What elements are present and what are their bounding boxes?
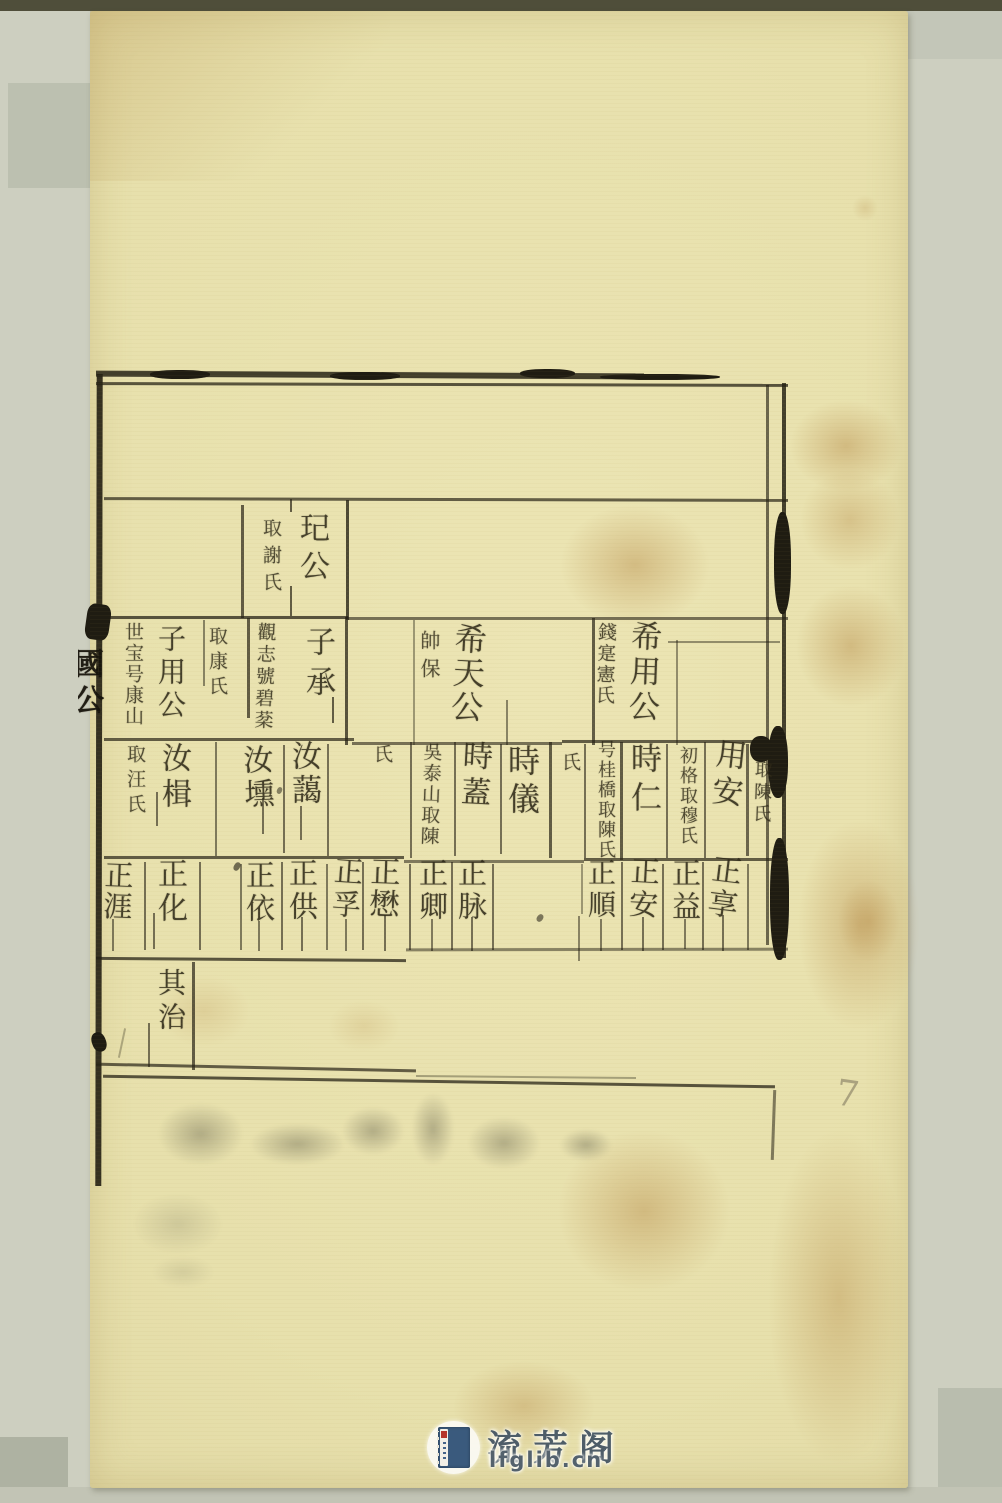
label-text-marks [443, 1441, 446, 1459]
entry-zi-yong-gong: 子用公 [156, 624, 184, 723]
table-cell-line [666, 744, 668, 858]
scanned-page: 玘公 取謝氏 子承 觀志號碧棻 取康氏 子用公 世宝号康山 帥保 希天公 錢寔憲… [90, 11, 908, 1488]
descent-connector [300, 806, 302, 840]
ink-blot [774, 512, 791, 614]
table-cell-line [241, 505, 244, 618]
table-cell-line [500, 744, 502, 854]
table-row-line [104, 616, 348, 619]
descent-connector [600, 919, 602, 951]
scan-background: 玘公 取謝氏 子承 觀志號碧棻 取康氏 子用公 世宝号康山 帥保 希天公 錢寔憲… [0, 0, 1002, 1503]
entry-qu-kang-shi: 取康氏 [207, 626, 226, 701]
descent-connector [290, 499, 292, 512]
entry-wu-tai-shan-qu-chen: 吳泰山取陳 [418, 742, 441, 848]
ink-ghosting [412, 1093, 454, 1165]
table-cell-line [409, 864, 411, 950]
stain [796, 585, 906, 707]
stain [328, 1000, 400, 1052]
entry-zheng-qing: 正卿 [417, 858, 446, 924]
table-row-line [416, 1075, 636, 1079]
ink-ghosting [158, 1103, 243, 1165]
stain [800, 470, 900, 570]
ink-blot [770, 838, 789, 960]
table-cell-line [581, 864, 583, 914]
entry-shi-bao-hao-kang-shan: 世宝号康山 [123, 622, 142, 727]
watermark-badge [427, 1421, 480, 1474]
table-cell-line [578, 916, 580, 961]
backing-patch [8, 83, 96, 188]
backing-patch [898, 11, 1002, 59]
table-cell-line [620, 742, 623, 860]
entry-hao-gui-qiao-qu-chen-shi: 号桂橋取陳氏 [596, 740, 614, 860]
ink-ghosting [132, 1193, 224, 1255]
table-cell-line [492, 864, 494, 950]
entry-chu-ge-qu-mu-shi: 初格取穆氏 [678, 746, 696, 846]
entry-zheng-mai: 正脉 [456, 858, 485, 924]
ink-ghosting [250, 1123, 345, 1165]
stain [838, 880, 900, 962]
entry-zheng-mao: 正懋 [365, 855, 397, 920]
faint-mark [118, 1028, 126, 1058]
ink-blot [600, 374, 720, 380]
entry-zheng-xiang: 正享 [702, 852, 740, 923]
backing-patch [938, 1388, 1002, 1503]
ink-blot [150, 370, 210, 379]
entry-ru-xun: 汝壎 [239, 743, 271, 812]
stain [768, 1130, 910, 1465]
entry-qu-xie-shi: 取謝氏 [261, 518, 280, 599]
watermark-site-url: lfglib.cn [489, 1448, 603, 1472]
scanner-edge-strip [0, 0, 1002, 11]
entry-zheng-fu: 正孚 [329, 855, 363, 923]
ink-dot [535, 913, 545, 923]
entry-yong-an: 用安 [706, 737, 745, 814]
paper-discoloration [90, 11, 390, 181]
entry-ru-ai: 汝藹 [288, 740, 318, 808]
entry-zheng-yi: 正依 [244, 860, 273, 926]
entry-shuai-bao: 帥保 [419, 630, 439, 686]
entry-shi-b: 氏 [560, 752, 579, 775]
ink-ghosting [560, 1129, 612, 1161]
table-cell-line [584, 744, 586, 858]
red-seal [441, 1431, 447, 1438]
table-cell-line [676, 640, 678, 745]
table-border-top [96, 382, 788, 387]
table-cell-line [662, 864, 664, 950]
table-cell-line [506, 700, 508, 745]
descent-connector [112, 919, 114, 951]
table-cell-line [203, 620, 205, 686]
entry-zheng-gong: 正供 [287, 858, 316, 924]
entry-qu-wang-shi: 取汪氏 [125, 744, 144, 819]
descent-connector [148, 1023, 150, 1067]
table-cell-line [281, 862, 283, 950]
entry-qi-gong: 玘公 [296, 512, 326, 588]
ink-blot [750, 736, 772, 762]
book-icon [438, 1427, 470, 1468]
book-title-label [440, 1429, 448, 1466]
stain [852, 195, 878, 221]
ink-ghosting [152, 1256, 214, 1288]
table-row-line [104, 497, 788, 502]
entry-shi-gai: 時蓋 [456, 739, 490, 812]
table-cell-line [215, 742, 217, 856]
book-stitching [437, 1431, 439, 1464]
table-cell-line [283, 745, 285, 853]
ink-blot [89, 1030, 109, 1054]
entry-zheng-shun: 正順 [586, 858, 614, 922]
edge-partial-characters: 國公 [78, 648, 106, 734]
table-cell-line [746, 744, 749, 856]
entry-zheng-hua: 正化 [154, 858, 184, 926]
entry-qian-shi-xian-shi: 錢寔憲氏 [594, 622, 616, 707]
ink-blot [520, 369, 575, 378]
ink-ghosting [342, 1107, 404, 1155]
table-cell-line [747, 864, 749, 950]
table-cell-line [199, 862, 201, 950]
table-row-line [96, 1063, 416, 1073]
entry-shi-ren: 時仁 [627, 742, 658, 820]
table-cell-line [451, 862, 453, 950]
table-cell-line [192, 962, 195, 1070]
descent-connector [290, 586, 292, 616]
entry-zheng-yi2: 正益 [670, 858, 699, 924]
table-cell-line [413, 620, 415, 745]
table-row-line [406, 948, 788, 952]
table-cell-line [549, 742, 552, 858]
table-cell-line [771, 1090, 776, 1160]
entry-zheng-ya: 正涯 [101, 860, 132, 923]
table-row-line [668, 641, 780, 643]
table-cell-line [144, 862, 146, 950]
ink-ghosting [468, 1117, 540, 1169]
entry-xi-yong-gong: 希用公 [624, 619, 659, 725]
descent-connector [384, 915, 386, 951]
entry-xi-tian-gong: 希天公 [448, 621, 485, 725]
entry-edge-partial: 國公 [78, 648, 106, 720]
descent-connector [345, 919, 347, 951]
table-row-line [96, 957, 406, 962]
ink-blot [84, 603, 113, 642]
entry-qu-chen-shi: 取陳氏 [751, 760, 771, 827]
table-border-right [766, 385, 769, 945]
handwritten-page-number: 7 [833, 1073, 861, 1117]
entry-qi-zhi: 其治 [156, 968, 184, 1036]
table-cell-line [346, 500, 349, 620]
table-cell-line [621, 862, 623, 950]
entry-ru-ji: 汝楫 [158, 742, 188, 814]
entry-zi-cheng: 子承 [302, 626, 332, 706]
entry-shi-yi: 時儀 [506, 744, 538, 820]
ink-blot [330, 372, 400, 380]
entry-guan-zhi-hao-bi-fen: 觀志號碧棻 [252, 622, 275, 733]
stain [560, 505, 710, 625]
table-cell-line [410, 742, 412, 858]
table-cell-line [327, 744, 329, 856]
entry-shi-a: 氏 [372, 744, 391, 767]
table-cell-line [345, 617, 348, 745]
table-cell-line [247, 618, 250, 718]
backing-patch [0, 1487, 1002, 1503]
entry-zheng-an: 正安 [626, 855, 658, 922]
